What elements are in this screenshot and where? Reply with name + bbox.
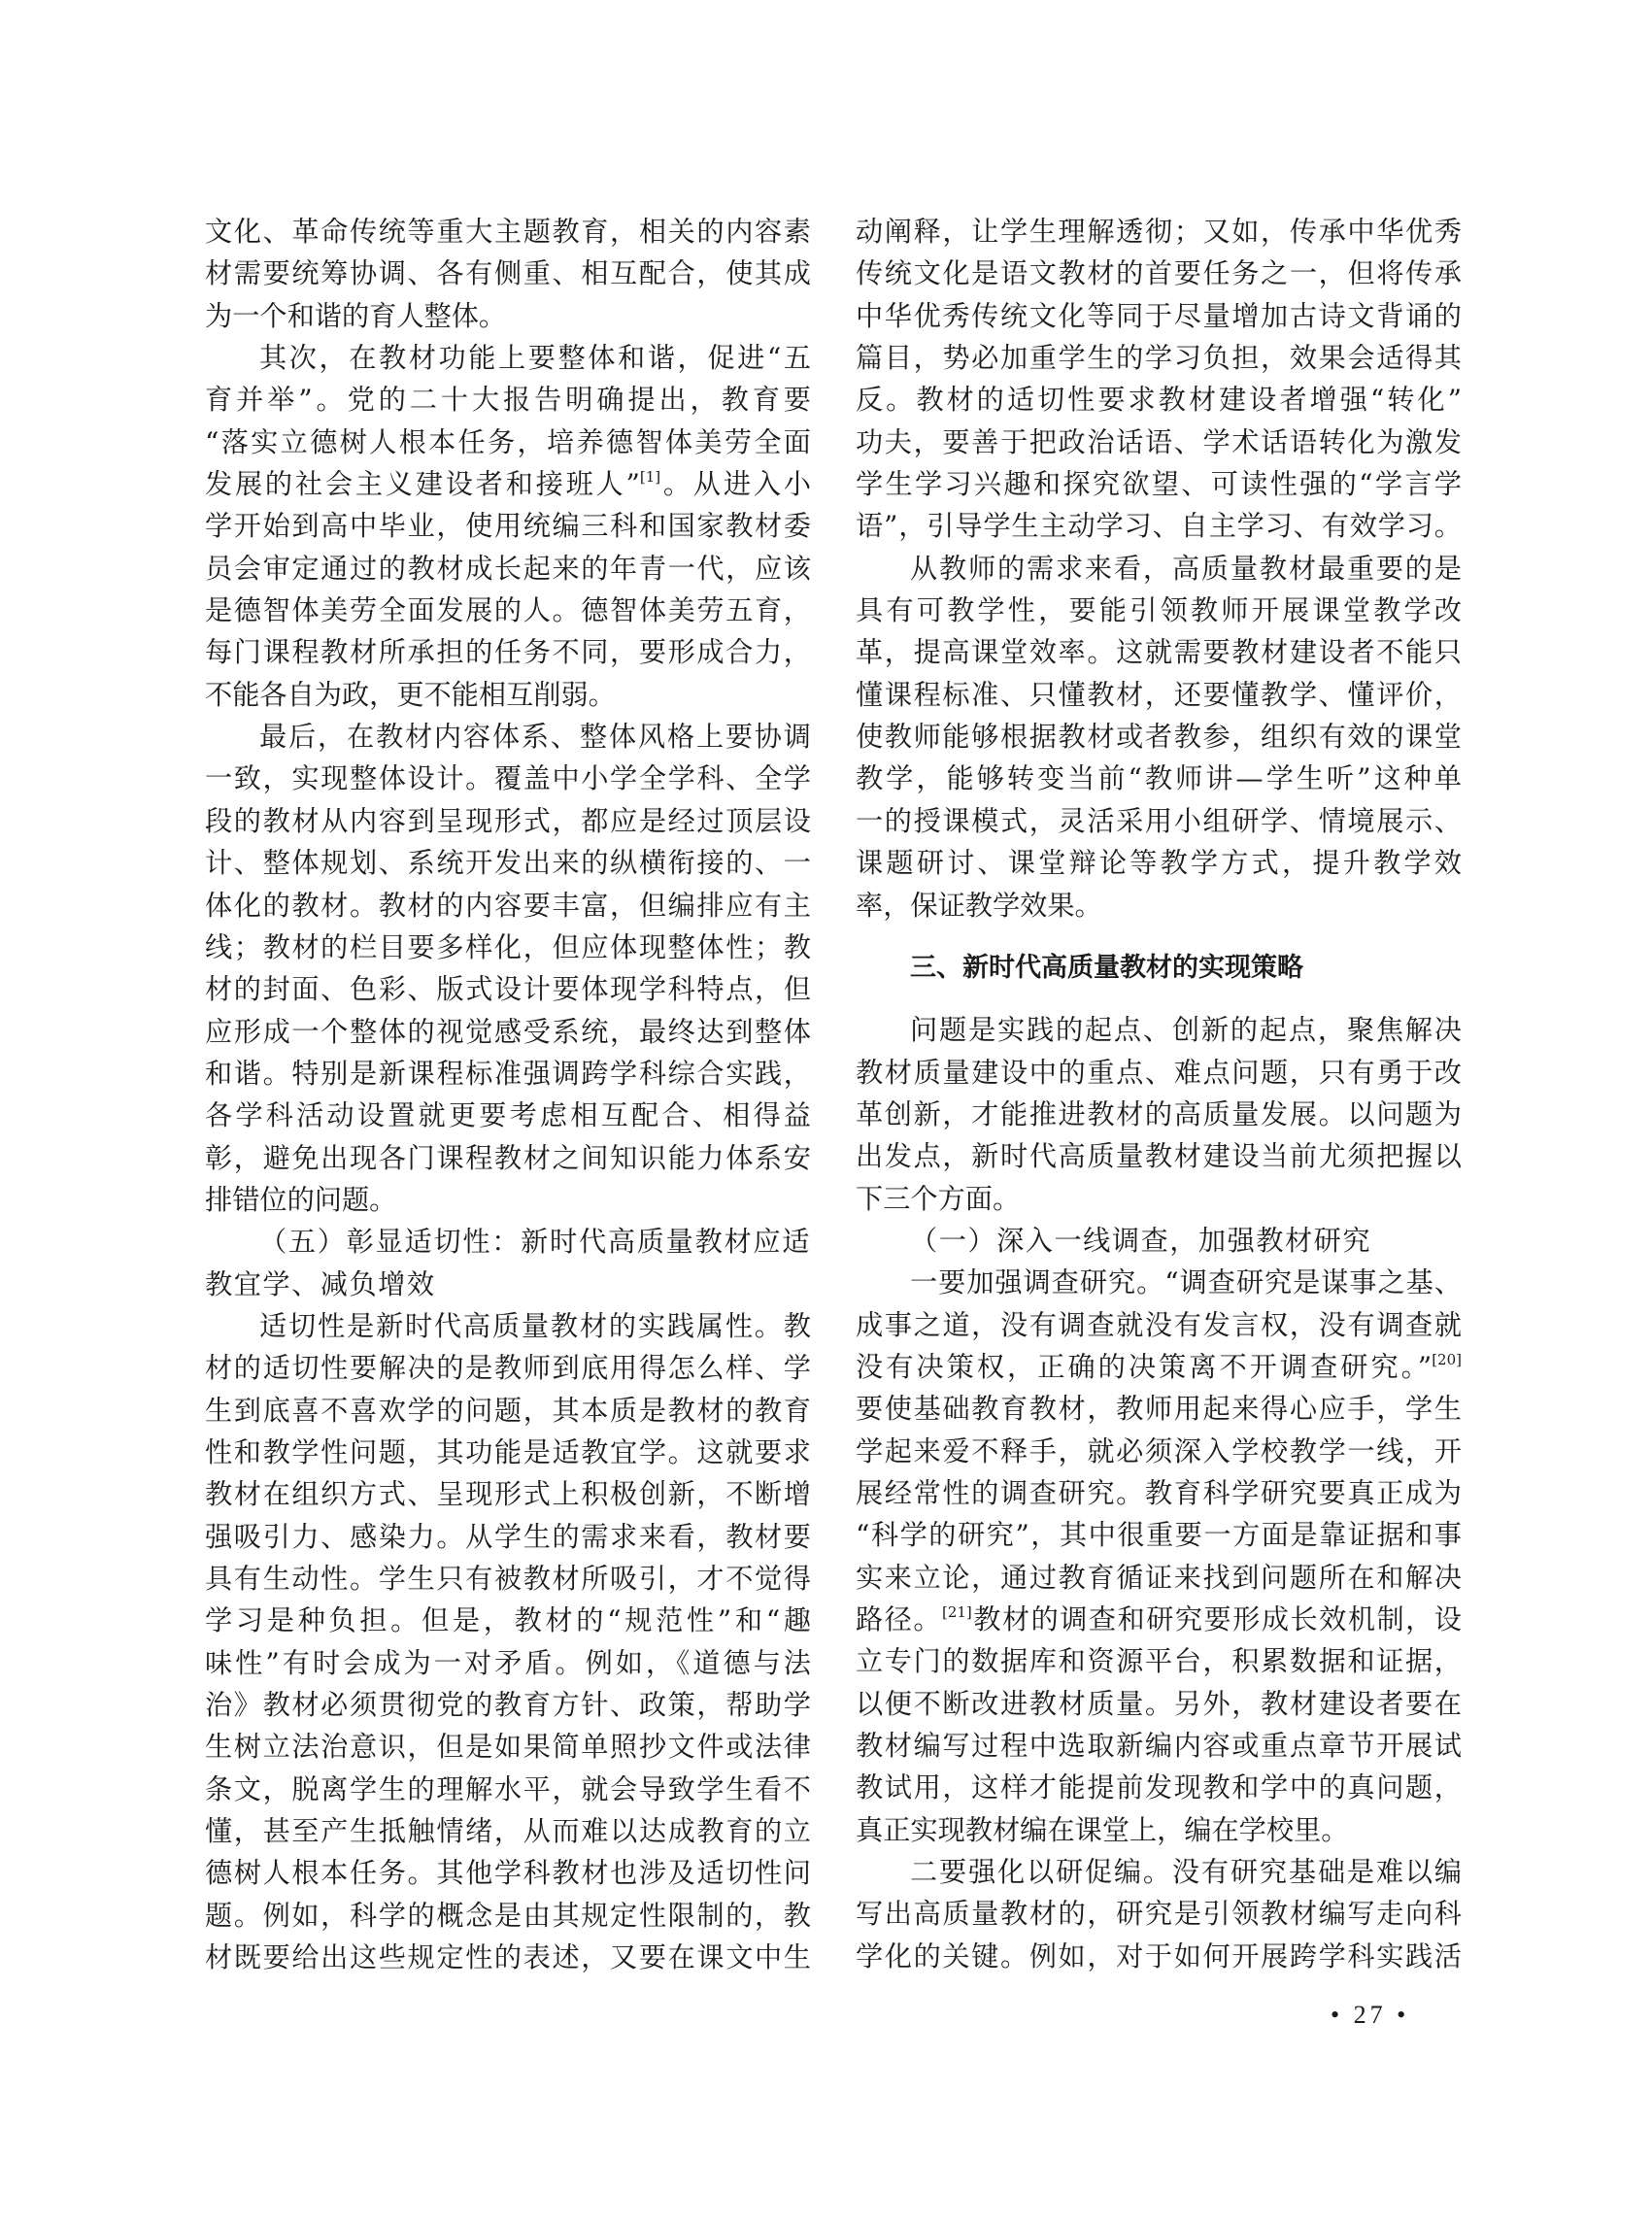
text-line: 下三个方面。	[856, 1178, 1462, 1220]
text-line: 材的封面、色彩、版式设计要体现学科特点，但	[205, 968, 811, 1010]
text-line: 文化、革命传统等重大主题教育，相关的内容素	[205, 211, 811, 253]
paragraph-start: 最后，在教材内容体系、整体风格上要协调	[205, 716, 811, 758]
text-line: 教材编写过程中选取新编内容或重点章节开展试	[856, 1725, 1462, 1767]
text-line: 德树人根本任务。其他学科教材也涉及适切性问	[205, 1852, 811, 1894]
text-line: 革创新，才能推进教材的高质量发展。以问题为	[856, 1094, 1462, 1135]
paragraph-start: 从教师的需求来看，高质量教材最重要的是	[856, 548, 1462, 590]
paragraph-start: 二要强化以研促编。没有研究基础是难以编	[856, 1851, 1462, 1893]
text-line: 反。教材的适切性要求教材建设者增强“转化”	[856, 379, 1462, 421]
text-line: “落实立德树人根本任务，培养德智体美劳全面	[205, 421, 811, 463]
text-span: 。从进入小	[660, 468, 811, 500]
text-line: 和谐。特别是新课程标准强调跨学科综合实践，	[205, 1053, 811, 1095]
text-line: 具有可教学性，要能引领教师开展课堂教学改	[856, 590, 1462, 631]
text-line: 语”，引导学生主动学习、自主学习、有效学习。	[856, 505, 1462, 547]
text-span: 教材的调查和研究要形成长效机制，设	[972, 1603, 1462, 1635]
text-line: 生到底喜不喜欢学的问题，其本质是教材的教育	[205, 1390, 811, 1432]
text-line: 写出高质量教材的，研究是引领教材编写走向科	[856, 1893, 1462, 1935]
text-line-with-citation: 发展的社会主义建设者和接班人”[1]。从进入小	[205, 463, 811, 505]
subsection-heading: （一）深入一线调查，加强教材研究	[856, 1220, 1462, 1262]
text-line: 材既要给出这些规定性的表述，又要在课文中生	[205, 1937, 811, 1978]
text-line: 育并举”。党的二十大报告明确提出，教育要	[205, 379, 811, 421]
text-line: 强吸引力、感染力。从学生的需求来看，教材要	[205, 1516, 811, 1558]
text-line: 懂，甚至产生抵触情绪，从而难以达成教育的立	[205, 1810, 811, 1852]
text-line: 立专门的数据库和资源平台，积累数据和证据，	[856, 1640, 1462, 1682]
text-line: 各学科活动设置就更要考虑相互配合、相得益	[205, 1095, 811, 1136]
text-line: 每门课程教材所承担的任务不同，要形成合力，	[205, 631, 811, 673]
page-number: • 27 •	[1331, 2001, 1409, 2030]
citation-ref: [21]	[942, 1603, 972, 1621]
text-line: 传统文化是语文教材的首要任务之一，但将传承	[856, 253, 1462, 294]
text-line: 排错位的问题。	[205, 1179, 811, 1221]
subsection-heading: 教宜学、减负增效	[205, 1264, 811, 1305]
text-line: 篇目，势必加重学生的学习负担，效果会适得其	[856, 337, 1462, 379]
text-line: 教试用，这样才能提前发现教和学中的真问题，	[856, 1767, 1462, 1808]
paragraph-start: 其次，在教材功能上要整体和谐，促进“五	[205, 337, 811, 379]
paragraph-start: 一要加强调查研究。“调查研究是谋事之基、	[856, 1262, 1462, 1303]
text-line: 动阐释，让学生理解透彻；又如，传承中华优秀	[856, 211, 1462, 253]
text-line: 生树立法治意识，但是如果简单照抄文件或法律	[205, 1726, 811, 1768]
text-line: 性和教学性问题，其功能是适教宜学。这就要求	[205, 1432, 811, 1473]
text-line: 教学，能够转变当前“教师讲—学生听”这种单	[856, 758, 1462, 799]
paragraph-start: 适切性是新时代高质量教材的实践属性。教	[205, 1305, 811, 1347]
text-line: “科学的研究”，其中很重要一方面是靠证据和事	[856, 1514, 1462, 1556]
spacer	[856, 989, 1462, 1009]
section-heading: 三、新时代高质量教材的实现策略	[856, 947, 1462, 989]
text-line: 革，提高课堂效率。这就需要教材建设者不能只	[856, 631, 1462, 673]
text-line: 真正实现教材编在课堂上，编在学校里。	[856, 1809, 1462, 1851]
text-line: 实来立论，通过教育循证来找到问题所在和解决	[856, 1557, 1462, 1599]
text-span: 发展的社会主义建设者和接班人”	[205, 468, 640, 500]
text-line: 中华优秀传统文化等同于尽量增加古诗文背诵的	[856, 295, 1462, 337]
text-line: 体化的教材。教材的内容要丰富，但编排应有主	[205, 885, 811, 927]
text-line: 学生学习兴趣和探究欲望、可读性强的“学言学	[856, 463, 1462, 505]
text-line: 教材在组织方式、呈现形式上积极创新，不断增	[205, 1473, 811, 1515]
text-line: 材需要统筹协调、各有侧重、相互配合，使其成	[205, 253, 811, 294]
right-column: 动阐释，让学生理解透彻；又如，传承中华优秀 传统文化是语文教材的首要任务之一，但…	[856, 211, 1462, 1977]
text-line: 员会审定通过的教材成长起来的年青一代，应该	[205, 548, 811, 590]
text-line: 出发点，新时代高质量教材建设当前尤须把握以	[856, 1135, 1462, 1177]
text-line: 不能各自为政，更不能相互削弱。	[205, 674, 811, 716]
text-line: 是德智体美劳全面发展的人。德智体美劳五育，	[205, 590, 811, 631]
subsection-heading: （五）彰显适切性：新时代高质量教材应适	[205, 1221, 811, 1263]
text-line: 为一个和谐的育人整体。	[205, 295, 811, 337]
text-line: 彰，避免出现各门课程教材之间知识能力体系安	[205, 1137, 811, 1179]
text-line: 味性”有时会成为一对矛盾。例如，《道德与法	[205, 1642, 811, 1684]
text-span: 路径。	[856, 1603, 942, 1635]
text-line: 一的授课模式，灵活采用小组研学、情境展示、	[856, 800, 1462, 842]
text-line: 课题研讨、课堂辩论等教学方式，提升教学效	[856, 842, 1462, 884]
text-line: 材的适切性要解决的是教师到底用得怎么样、学	[205, 1347, 811, 1389]
citation-ref: [1]	[640, 468, 660, 486]
text-line: 展经常性的调查研究。教育科学研究要真正成为	[856, 1472, 1462, 1514]
citation-ref: [20]	[1432, 1351, 1462, 1368]
paragraph-start: 问题是实践的起点、创新的起点，聚焦解决	[856, 1009, 1462, 1051]
text-line: 学习是种负担。但是，教材的“规范性”和“趣	[205, 1600, 811, 1641]
text-line: 学化的关键。例如，对于如何开展跨学科实践活	[856, 1936, 1462, 1977]
text-line: 治》教材必须贯彻党的教育方针、政策，帮助学	[205, 1684, 811, 1726]
text-line: 条文，脱离学生的理解水平，就会导致学生看不	[205, 1769, 811, 1810]
text-line: 一致，实现整体设计。覆盖中小学全学科、全学	[205, 758, 811, 799]
text-line-with-citation: 路径。[21]教材的调查和研究要形成长效机制，设	[856, 1599, 1462, 1640]
text-line: 要使基础教育教材，教师用起来得心应手，学生	[856, 1388, 1462, 1430]
text-line: 懂课程标准、只懂教材，还要懂教学、懂评价，	[856, 674, 1462, 716]
text-line: 教材质量建设中的重点、难点问题，只有勇于改	[856, 1052, 1462, 1094]
left-column: 文化、革命传统等重大主题教育，相关的内容素 材需要统筹协调、各有侧重、相互配合，…	[205, 211, 811, 1978]
text-line: 学起来爱不释手，就必须深入学校教学一线，开	[856, 1431, 1462, 1472]
text-line: 段的教材从内容到呈现形式，都应是经过顶层设	[205, 800, 811, 842]
text-line: 使教师能够根据教材或者教参，组织有效的课堂	[856, 716, 1462, 758]
text-line: 应形成一个整体的视觉感受系统，最终达到整体	[205, 1011, 811, 1053]
text-line: 成事之道，没有调查就没有发言权，没有调查就	[856, 1304, 1462, 1346]
text-line: 功夫，要善于把政治话语、学术话语转化为激发	[856, 421, 1462, 463]
spacer	[856, 927, 1462, 947]
text-line: 以便不断改进教材质量。另外，教材建设者要在	[856, 1683, 1462, 1725]
text-line: 计、整体规划、系统开发出来的纵横衔接的、一	[205, 842, 811, 884]
text-line: 具有生动性。学生只有被教材所吸引，才不觉得	[205, 1558, 811, 1600]
text-line: 学开始到高中毕业，使用统编三科和国家教材委	[205, 505, 811, 547]
text-line: 率，保证教学效果。	[856, 885, 1462, 927]
text-span: 没有决策权，正确的决策离不开调查研究。”	[856, 1351, 1432, 1383]
text-line: 题。例如，科学的概念是由其规定性限制的，教	[205, 1895, 811, 1937]
text-line-with-citation: 没有决策权，正确的决策离不开调查研究。”[20]	[856, 1346, 1462, 1388]
text-line: 线；教材的栏目要多样化，但应体现整体性；教	[205, 927, 811, 968]
